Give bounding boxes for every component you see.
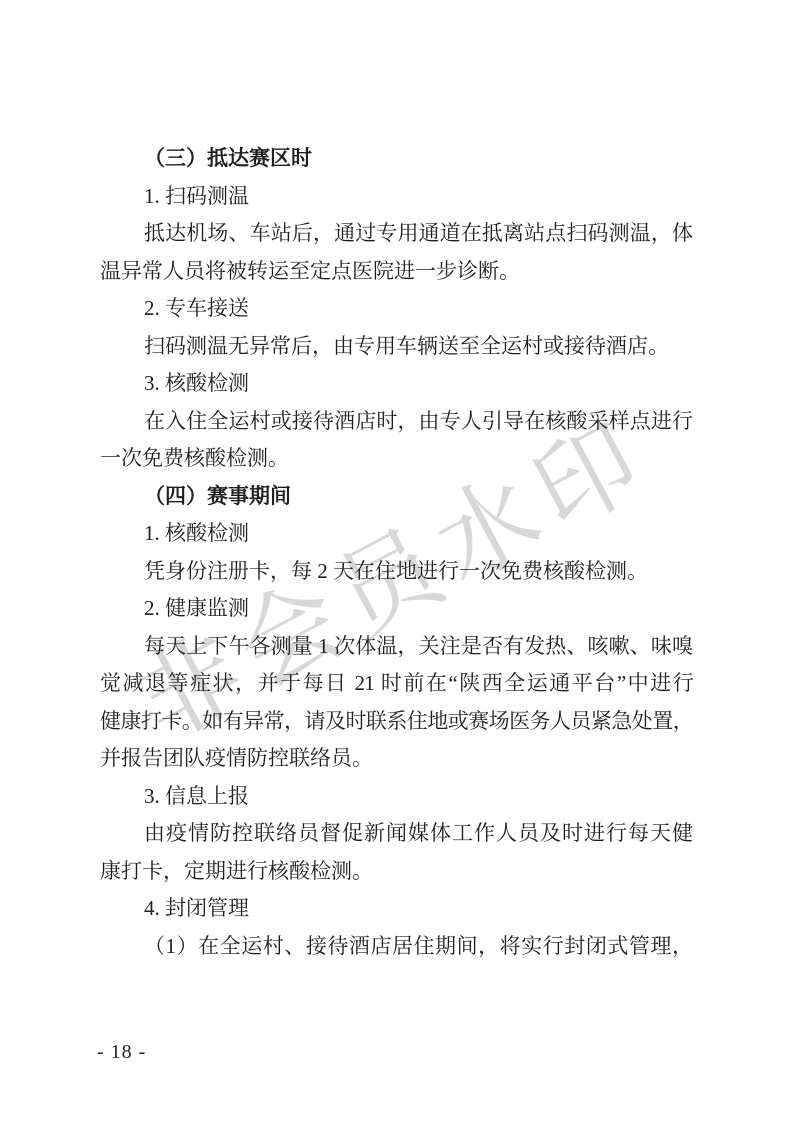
paragraph-line: 温异常人员将被转运至定点医院进一步诊断。 <box>100 253 693 291</box>
paragraph-line: 一次免费核酸检测。 <box>100 440 693 478</box>
subheading-line: 4. 封闭管理 <box>100 890 693 928</box>
paragraph-line: 每天上下午各测量 1 次体温，关注是否有发热、咳嗽、味嗅 <box>100 628 693 666</box>
paragraph-line: 在入住全运村或接待酒店时，由专人引导在核酸采样点进行 <box>100 403 693 441</box>
document-body: （三）抵达赛区时1. 扫码测温抵达机场、车站后，通过专用通道在抵离站点扫码测温，… <box>100 140 693 965</box>
subheading-line: 3. 核酸检测 <box>100 365 693 403</box>
subheading-line: 1. 扫码测温 <box>100 178 693 216</box>
subheading-line: 1. 核酸检测 <box>100 515 693 553</box>
paragraph-line: 康打卡，定期进行核酸检测。 <box>100 853 693 891</box>
paragraph-line: 并报告团队疫情防控联络员。 <box>100 740 693 778</box>
document-page: 非会员水印 （三）抵达赛区时1. 扫码测温抵达机场、车站后，通过专用通道在抵离站… <box>0 0 793 1122</box>
heading-line: （三）抵达赛区时 <box>100 140 693 178</box>
paragraph-line: 觉减退等症状，并于每日 21 时前在“陕西全运通平台”中进行 <box>100 665 693 703</box>
subheading-line: 2. 专车接送 <box>100 290 693 328</box>
paragraph-line: 凭身份注册卡，每 2 天在住地进行一次免费核酸检测。 <box>100 553 693 591</box>
paragraph-line: 健康打卡。如有异常，请及时联系住地或赛场医务人员紧急处置， <box>100 703 693 741</box>
paragraph-line: 扫码测温无异常后，由专用车辆送至全运村或接待酒店。 <box>100 328 693 366</box>
paragraph-line: （1）在全运村、接待酒店居住期间，将实行封闭式管理， <box>100 928 693 966</box>
heading-line: （四）赛事期间 <box>100 478 693 516</box>
subheading-line: 2. 健康监测 <box>100 590 693 628</box>
paragraph-line: 由疫情防控联络员督促新闻媒体工作人员及时进行每天健 <box>100 815 693 853</box>
page-number: - 18 - <box>97 1038 146 1066</box>
subheading-line: 3. 信息上报 <box>100 778 693 816</box>
paragraph-line: 抵达机场、车站后，通过专用通道在抵离站点扫码测温，体 <box>100 215 693 253</box>
